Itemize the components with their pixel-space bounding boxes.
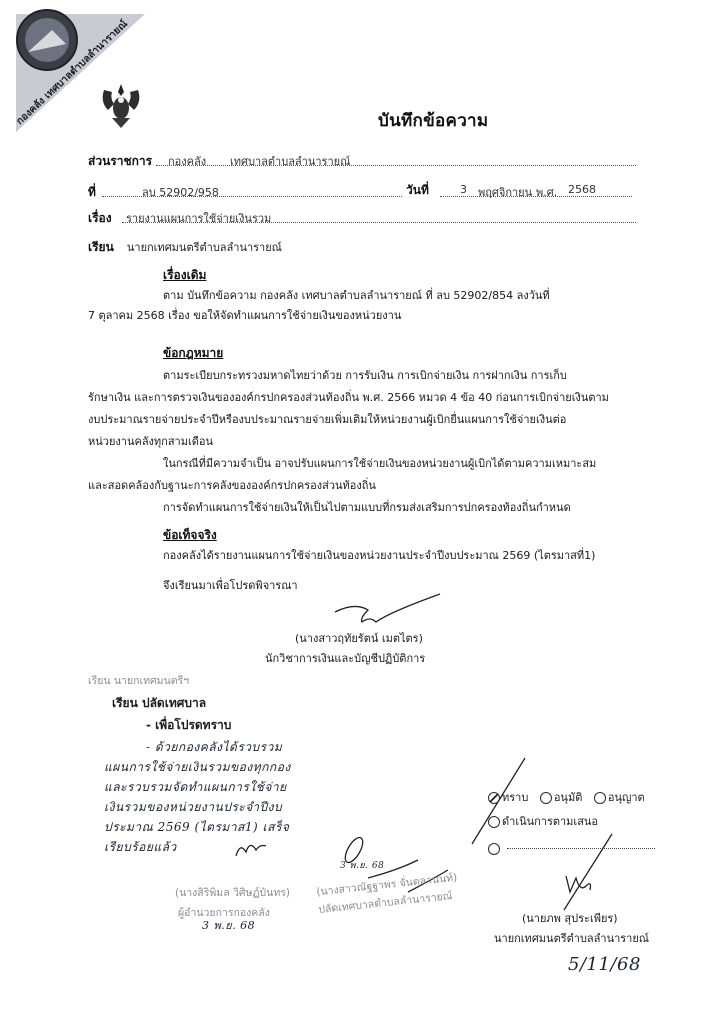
signatory-name: (นางสาวฤทัยรัตน์ เมตไตร)	[295, 629, 423, 649]
finance-director-date: 3 พ.ย. 68	[202, 916, 255, 934]
law-line-6: และสอดคล้องกับฐานะการคลังขององค์กรปกครอง…	[88, 476, 376, 496]
reference-row: ที่ ลบ 52902/958 วันที่ 3 พฤศจิกายน พ.ศ.…	[88, 181, 636, 199]
agency-value-2: เทศบาลตำบลลำนารายณ์	[230, 152, 350, 170]
date-day: 3	[460, 183, 467, 196]
subject-value: รายงานแผนการใช้จ่ายเงินรวม	[126, 209, 271, 227]
document-title: บันทึกข้อความ	[378, 107, 488, 134]
handwritten-line-4: เงินรวมของหน่วยงานประจำปีงบ	[104, 798, 282, 817]
agency-row: ส่วนราชการ กองคลัง เทศบาลตำบลลำนารายณ์	[88, 150, 636, 168]
decision-row-1: ทราบ อนุมัติ อนุญาต	[488, 788, 645, 806]
law-line-4: หน่วยงานคลังทุกสามเดือน	[88, 432, 213, 452]
radio-permit[interactable]	[594, 792, 606, 804]
agency-label: ส่วนราชการ	[88, 154, 152, 168]
signatory-position: นักวิชาการเงินและบัญชีปฏิบัติการ	[265, 649, 425, 669]
heading-law: ข้อกฎหมาย	[163, 344, 223, 363]
mayor-position: นายกเทศมนตรีตำบลลำนารายณ์	[494, 929, 649, 947]
handwritten-line-5: ประมาณ 2569 (ไตรมาส1) เสร็จ	[104, 818, 289, 837]
handwritten-line-6: เรียบร้อยแล้ว	[104, 838, 177, 857]
reference-label: ที่	[88, 185, 96, 199]
option-acknowledge-label: ทราบ	[502, 791, 528, 804]
date-year: 2568	[568, 183, 596, 196]
clerk-date: 3 พ.ย. 68	[340, 858, 384, 872]
handwritten-line-1: - ด้วยกองคลังได้รวบรวม	[146, 738, 282, 757]
radio-acknowledge[interactable]	[488, 792, 500, 804]
facts-line-1: กองคลังได้รายงานแผนการใช้จ่ายเงินของหน่ว…	[163, 546, 595, 566]
closing-text: จึงเรียนมาเพื่อโปรดพิจารณา	[163, 576, 298, 596]
date-month: พฤศจิกายน	[478, 183, 532, 201]
date-label: วันที่	[406, 181, 429, 200]
law-line-2: รักษาเงิน และการตรวจเงินขององค์กรปกครองส…	[88, 388, 609, 408]
endorsement-addressee: เรียน ปลัดเทศบาล	[112, 694, 206, 713]
garuda-emblem-icon	[98, 80, 144, 130]
law-line-1: ตามระเบียบกระทรวงมหาดไทยว่าด้วย การรับเง…	[163, 366, 567, 386]
background-line-2: 7 ตุลาคม 2568 เรื่อง ขอให้จัดทำแผนการใช้…	[88, 306, 401, 326]
subject-label: เรื่อง	[88, 211, 112, 225]
agency-value-1: กองคลัง	[168, 152, 206, 170]
faded-addressee: เรียน นายกเทศมนตรีฯ	[88, 672, 189, 689]
radio-approve[interactable]	[540, 792, 552, 804]
addressee-value: นายกเทศมนตรีตำบลลำนารายณ์	[127, 241, 282, 254]
reference-number: ลบ 52902/958	[142, 183, 219, 201]
option-approve-label: อนุมัติ	[554, 791, 583, 804]
option-proceed-label: ดำเนินการตามเสนอ	[502, 815, 598, 828]
addressee-row: เรียน นายกเทศมนตรีตำบลลำนารายณ์	[88, 236, 282, 257]
law-line-3: งบประมาณรายจ่ายประจำปีหรืองบประมาณรายจ่า…	[88, 410, 566, 430]
radio-other[interactable]	[488, 843, 500, 855]
law-line-7: การจัดทำแผนการใช้จ่ายเงินให้เป็นไปตามแบบ…	[163, 498, 571, 518]
subject-row: เรื่อง รายงานแผนการใช้จ่ายเงินรวม	[88, 207, 636, 225]
option-permit-label: อนุญาต	[608, 791, 645, 804]
mayor-name: (นายภพ สุประเพียร)	[522, 909, 618, 927]
finance-director-name: (นางสิริพิมล วิศิษฏ์บันทร)	[175, 884, 290, 901]
decision-row-2: ดำเนินการตามเสนอ	[488, 812, 598, 830]
heading-facts: ข้อเท็จจริง	[163, 526, 217, 545]
heading-background: เรื่องเดิม	[163, 266, 206, 285]
signature-mayor	[560, 868, 610, 902]
law-line-5: ในกรณีที่มีความจำเป็น อาจปรับแผนการใช้จ่…	[163, 454, 596, 474]
signature-director	[232, 836, 272, 866]
mayor-date: 5/11/68	[568, 954, 641, 975]
addressee-label: เรียน	[88, 240, 114, 254]
handwritten-line-2: แผนการใช้จ่ายเงินรวมของทุกกอง	[104, 758, 291, 777]
endorsement-item-1: - เพื่อโปรดทราบ	[146, 716, 231, 735]
handwritten-line-3: และรวบรวมจัดทำแผนการใช้จ่าย	[104, 778, 287, 797]
background-line-1: ตาม บันทึกข้อความ กองคลัง เทศบาลตำบลลำนา…	[163, 286, 550, 306]
radio-proceed[interactable]	[488, 816, 500, 828]
date-era: พ.ศ.	[536, 183, 557, 201]
